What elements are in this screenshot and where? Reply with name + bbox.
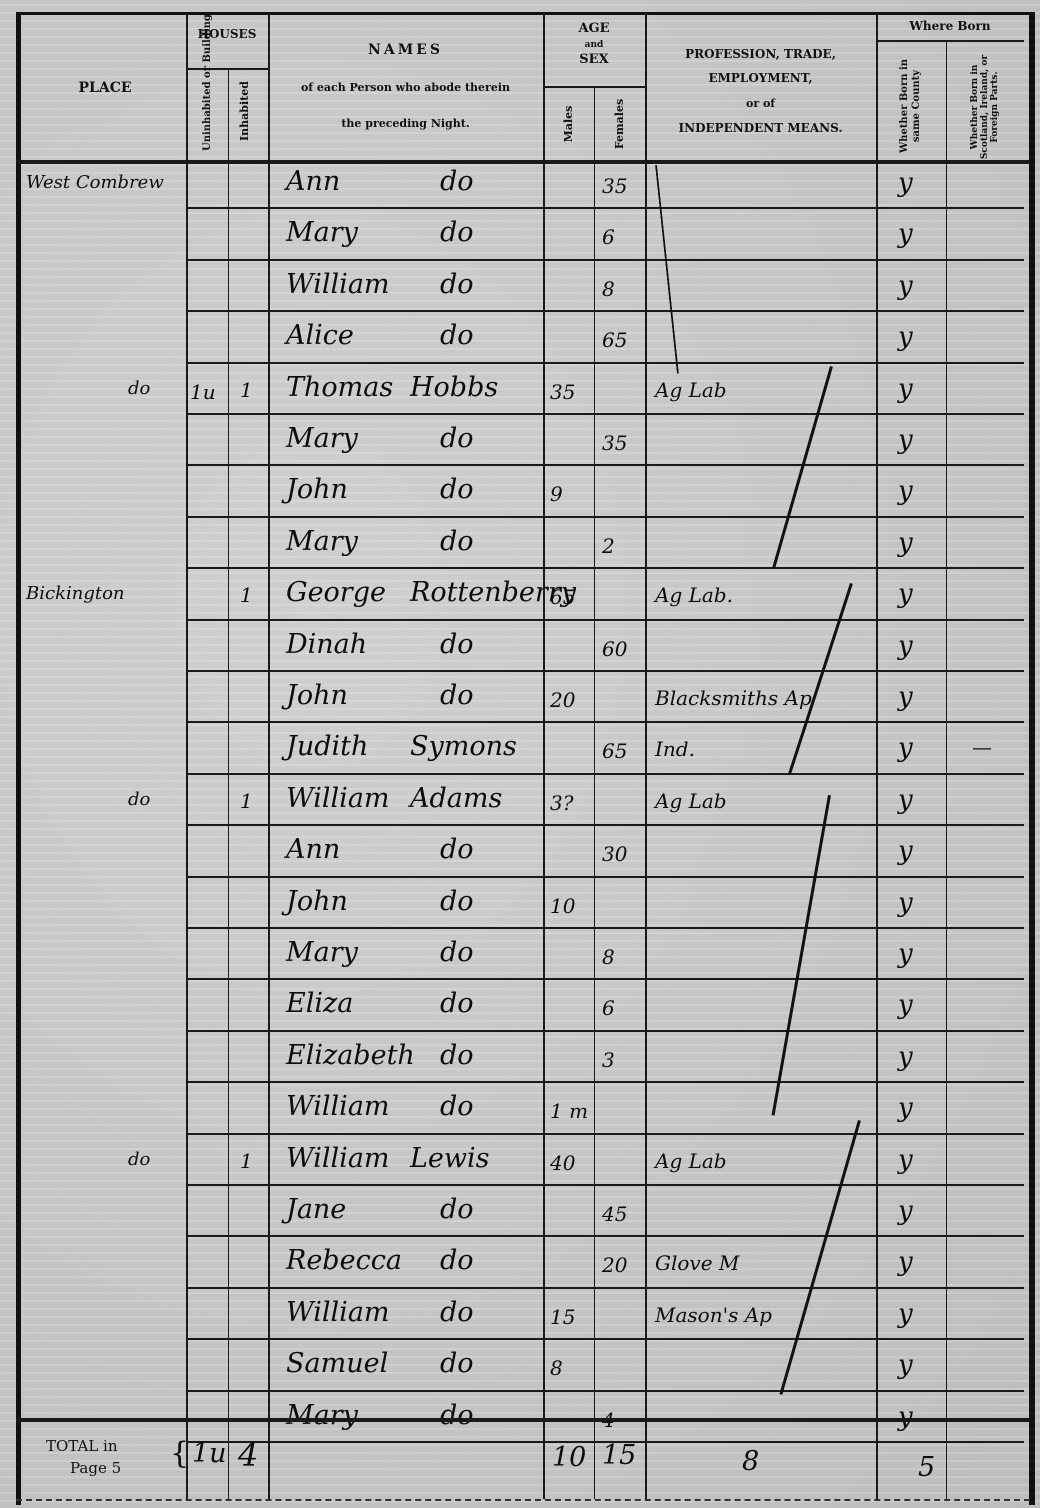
header-inhabited: Inhabited: [239, 71, 251, 151]
profession-cell: Glove M: [655, 1251, 739, 1275]
table-row: do1WilliamAdams3?Ag Laby: [0, 779, 1040, 830]
surname-cell: do: [440, 423, 474, 454]
born-county-cell: y: [898, 1093, 913, 1123]
surname-cell: do: [440, 834, 474, 865]
female-age-cell: 8: [602, 945, 615, 969]
row-line: [186, 619, 1024, 621]
table-row: Johndo9y: [0, 470, 1040, 521]
inhabited-cell: 1: [240, 378, 253, 402]
female-age-cell: 6: [602, 996, 615, 1020]
table-row: Anndo30y: [0, 830, 1040, 881]
header-males: Males: [563, 89, 575, 159]
header-born-abroad: Whether Born in Scotland, Ireland, or Fo…: [970, 47, 1000, 167]
surname-cell: do: [440, 166, 474, 197]
surname-cell: do: [440, 1348, 474, 1379]
born-county-cell: y: [898, 219, 913, 249]
totals-males: 10: [552, 1442, 586, 1473]
table-row: Johndo10y: [0, 882, 1040, 933]
header-where-born: Where Born: [876, 20, 1024, 34]
born-county-cell: y: [898, 374, 913, 404]
surname-cell: Lewis: [410, 1143, 490, 1174]
given-name-cell: William: [286, 269, 390, 300]
table-row: Williamdo8y: [0, 265, 1040, 316]
surname-cell: do: [440, 320, 474, 351]
header-names-sub2: the preceding Night.: [268, 118, 543, 131]
table-row: Williamdo1 my: [0, 1087, 1040, 1138]
inhabited-cell: 1: [240, 1149, 253, 1173]
row-line: [186, 876, 1024, 878]
row-line: [186, 1133, 1024, 1135]
given-name-cell: Mary: [286, 217, 358, 248]
born-county-cell: y: [898, 528, 913, 558]
male-age-cell: 10: [550, 894, 575, 918]
header-profession-4: INDEPENDENT MEANS.: [645, 122, 876, 136]
profession-cell: Ind.: [655, 737, 695, 761]
table-row: Marydo35y: [0, 419, 1040, 470]
row-line: [186, 516, 1024, 518]
born-county-cell: y: [898, 1042, 913, 1072]
female-age-cell: 2: [602, 534, 615, 558]
female-age-cell: 6: [602, 225, 615, 249]
profession-cell: Blacksmiths Ap: [655, 686, 812, 710]
born-county-cell: y: [898, 682, 913, 712]
surname-cell: do: [440, 1245, 474, 1276]
header-names: NAMES: [268, 42, 543, 58]
surname-cell: do: [440, 526, 474, 557]
place-cell: do: [128, 789, 150, 810]
male-age-cell: 8: [550, 1356, 563, 1380]
female-age-cell: 30: [602, 842, 627, 866]
born-county-cell: y: [898, 322, 913, 352]
profession-cell: Ag Lab.: [655, 583, 733, 607]
given-name-cell: Jane: [286, 1194, 346, 1225]
row-line: [186, 1030, 1024, 1032]
row-line: [186, 362, 1024, 364]
given-name-cell: Rebecca: [286, 1245, 402, 1276]
surname-cell: do: [440, 629, 474, 660]
given-name-cell: Mary: [286, 937, 358, 968]
female-age-cell: 65: [602, 328, 627, 352]
born-county-cell: y: [898, 1299, 913, 1329]
given-name-cell: Eliza: [286, 988, 353, 1019]
profession-cell: Ag Lab: [655, 378, 727, 402]
born-county-cell: y: [898, 939, 913, 969]
surname-cell: do: [440, 937, 474, 968]
table-row: Alicedo65y: [0, 316, 1040, 367]
female-age-cell: 3: [602, 1048, 615, 1072]
born-county-cell: y: [898, 168, 913, 198]
male-age-cell: 65: [550, 585, 575, 609]
born-county-cell: y: [898, 1402, 913, 1432]
given-name-cell: Ann: [286, 166, 340, 197]
totals-county: 5: [918, 1452, 935, 1483]
totals-brace: {: [170, 1436, 189, 1471]
table-row: Samueldo8y: [0, 1344, 1040, 1395]
born-county-cell: y: [898, 990, 913, 1020]
surname-cell: do: [440, 269, 474, 300]
female-age-cell: 35: [602, 431, 627, 455]
table-row: Dinahdo60y: [0, 625, 1040, 676]
born-county-cell: y: [898, 1350, 913, 1380]
male-age-cell: 20: [550, 688, 575, 712]
table-row: Marydo2y: [0, 522, 1040, 573]
place-cell: do: [128, 1149, 150, 1170]
header-line: [186, 68, 268, 70]
born-abroad-cell: —: [972, 735, 992, 759]
surname-cell: do: [440, 1040, 474, 1071]
row-line: [186, 464, 1024, 466]
given-name-cell: Thomas: [286, 372, 393, 403]
surname-cell: do: [440, 217, 474, 248]
header-females: Females: [614, 89, 626, 159]
surname-cell: do: [440, 680, 474, 711]
born-county-cell: y: [898, 836, 913, 866]
inhabited-cell: 1: [240, 789, 253, 813]
male-age-cell: 9: [550, 482, 563, 506]
given-name-cell: Elizabeth: [286, 1040, 415, 1071]
row-line: [186, 1235, 1024, 1237]
header-line: [876, 40, 1024, 42]
surname-cell: do: [440, 474, 474, 505]
row-line: [186, 413, 1024, 415]
place-cell: West Combrew: [26, 172, 164, 193]
row-line: [186, 207, 1024, 209]
row-line: [186, 567, 1024, 569]
given-name-cell: Mary: [286, 1400, 358, 1431]
header-profession-1: PROFESSION, TRADE,: [645, 48, 876, 62]
given-name-cell: William: [286, 1297, 390, 1328]
surname-cell: Symons: [410, 731, 517, 762]
female-age-cell: 45: [602, 1202, 627, 1226]
male-age-cell: 1 m: [550, 1099, 588, 1123]
male-age-cell: 40: [550, 1151, 575, 1175]
row-line: [186, 1081, 1024, 1083]
table-row: Rebeccado20Glove My: [0, 1241, 1040, 1292]
born-county-cell: y: [898, 785, 913, 815]
given-name-cell: Mary: [286, 526, 358, 557]
female-age-cell: 35: [602, 174, 627, 198]
table-row: Bickington1GeorgeRottenberry65Ag Lab.y: [0, 573, 1040, 624]
given-name-cell: William: [286, 1091, 390, 1122]
row-line: [186, 1287, 1024, 1289]
female-age-cell: 8: [602, 277, 615, 301]
given-name-cell: John: [286, 886, 348, 917]
surname-cell: do: [440, 1194, 474, 1225]
profession-cell: Ag Lab: [655, 1149, 727, 1173]
profession-cell: Ag Lab: [655, 789, 727, 813]
given-name-cell: Mary: [286, 423, 358, 454]
header-names-sub1: of each Person who abode therein: [268, 82, 543, 95]
page-bottom-line: [16, 1499, 1030, 1501]
inhabited-cell: 1: [240, 583, 253, 607]
header-and: and: [543, 40, 645, 50]
table-row: Marydo8y: [0, 933, 1040, 984]
place-cell: do: [128, 378, 150, 399]
surname-cell: do: [440, 1297, 474, 1328]
row-line: [186, 773, 1024, 775]
given-name-cell: John: [286, 680, 348, 711]
male-age-cell: 3?: [550, 791, 573, 815]
male-age-cell: 35: [550, 380, 575, 404]
born-county-cell: y: [898, 476, 913, 506]
female-age-cell: 65: [602, 739, 627, 763]
table-row: West CombrewAnndo35y: [0, 162, 1040, 213]
header-houses: HOUSES: [186, 28, 268, 42]
given-name-cell: William: [286, 1143, 390, 1174]
given-name-cell: Alice: [286, 320, 354, 351]
row-line: [186, 1390, 1024, 1392]
header-profession-3: or of: [645, 98, 876, 111]
female-age-cell: 20: [602, 1253, 627, 1277]
totals-inhabited: 4: [238, 1436, 258, 1474]
surname-cell: do: [440, 1400, 474, 1431]
uninhabited-cell: 1u: [190, 380, 216, 404]
totals-top-line: [16, 1418, 1030, 1422]
born-county-cell: y: [898, 1196, 913, 1226]
male-age-cell: 15: [550, 1305, 575, 1329]
surname-cell: Hobbs: [410, 372, 498, 403]
table-row: Janedo45y: [0, 1190, 1040, 1241]
header-line: [543, 86, 645, 88]
given-name-cell: Dinah: [286, 629, 367, 660]
census-page: PLACE HOUSES Uninhabited or Building Inh…: [0, 0, 1040, 1508]
row-line: [186, 927, 1024, 929]
row-line: [186, 1184, 1024, 1186]
born-county-cell: y: [898, 271, 913, 301]
born-county-cell: y: [898, 888, 913, 918]
row-line: [186, 721, 1024, 723]
born-county-cell: y: [898, 425, 913, 455]
born-county-cell: y: [898, 579, 913, 609]
table-row: Williamdo15Mason's Apy: [0, 1293, 1040, 1344]
given-name-cell: George: [286, 577, 386, 608]
header-sex: SEX: [543, 53, 645, 68]
table-row: do1WilliamLewis40Ag Laby: [0, 1139, 1040, 1190]
totals-females: 15: [602, 1440, 636, 1471]
born-county-cell: y: [898, 631, 913, 661]
surname-cell: do: [440, 1091, 474, 1122]
totals-uninhabited: 1u: [192, 1438, 227, 1469]
row-line: [186, 259, 1024, 261]
surname-cell: do: [440, 988, 474, 1019]
given-name-cell: John: [286, 474, 348, 505]
given-name-cell: William: [286, 783, 390, 814]
header-profession-2: EMPLOYMENT,: [645, 72, 876, 86]
header-age: AGE: [543, 22, 645, 37]
totals-profession: 8: [742, 1446, 759, 1477]
surname-cell: do: [440, 886, 474, 917]
table-row: Johndo20Blacksmiths Apy: [0, 676, 1040, 727]
header-place: PLACE: [40, 80, 170, 96]
given-name-cell: Ann: [286, 834, 340, 865]
female-age-cell: 60: [602, 637, 627, 661]
table-row: JudithSymons65Ind.y—: [0, 727, 1040, 778]
profession-cell: Mason's Ap: [655, 1303, 772, 1327]
row-line: [186, 670, 1024, 672]
table-row: Elizabethdo3y: [0, 1036, 1040, 1087]
header-uninhabited: Uninhabited or Building: [202, 61, 214, 151]
table-row: Marydo6y: [0, 213, 1040, 264]
table-row: Elizado6y: [0, 984, 1040, 1035]
surname-cell: Adams: [410, 783, 502, 814]
born-county-cell: y: [898, 1145, 913, 1175]
born-county-cell: y: [898, 1247, 913, 1277]
given-name-cell: Judith: [286, 731, 368, 762]
row-line: [186, 978, 1024, 980]
totals-label-1: TOTAL in: [46, 1438, 166, 1455]
row-line: [186, 310, 1024, 312]
table-row: do1u1ThomasHobbs35Ag Laby: [0, 368, 1040, 419]
born-county-cell: y: [898, 733, 913, 763]
header-born-county: Whether Born in same County: [899, 46, 923, 166]
place-cell: Bickington: [26, 583, 125, 604]
row-line: [186, 1338, 1024, 1340]
given-name-cell: Samuel: [286, 1348, 388, 1379]
row-line: [186, 824, 1024, 826]
